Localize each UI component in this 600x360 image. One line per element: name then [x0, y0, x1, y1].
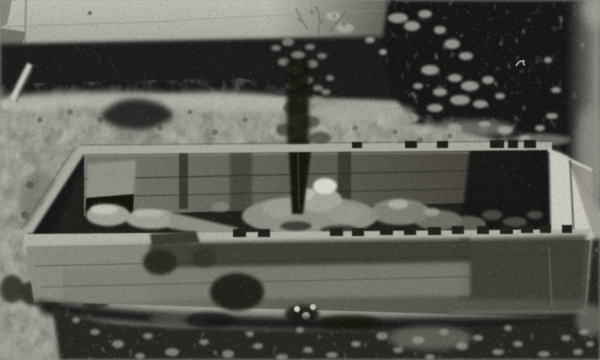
- photograph: Black-and-white photograph of an open wo…: [0, 0, 600, 360]
- film-grain: [0, 0, 600, 360]
- scene: [0, 0, 600, 360]
- photo-canvas: Black-and-white photograph of an open wo…: [0, 0, 600, 360]
